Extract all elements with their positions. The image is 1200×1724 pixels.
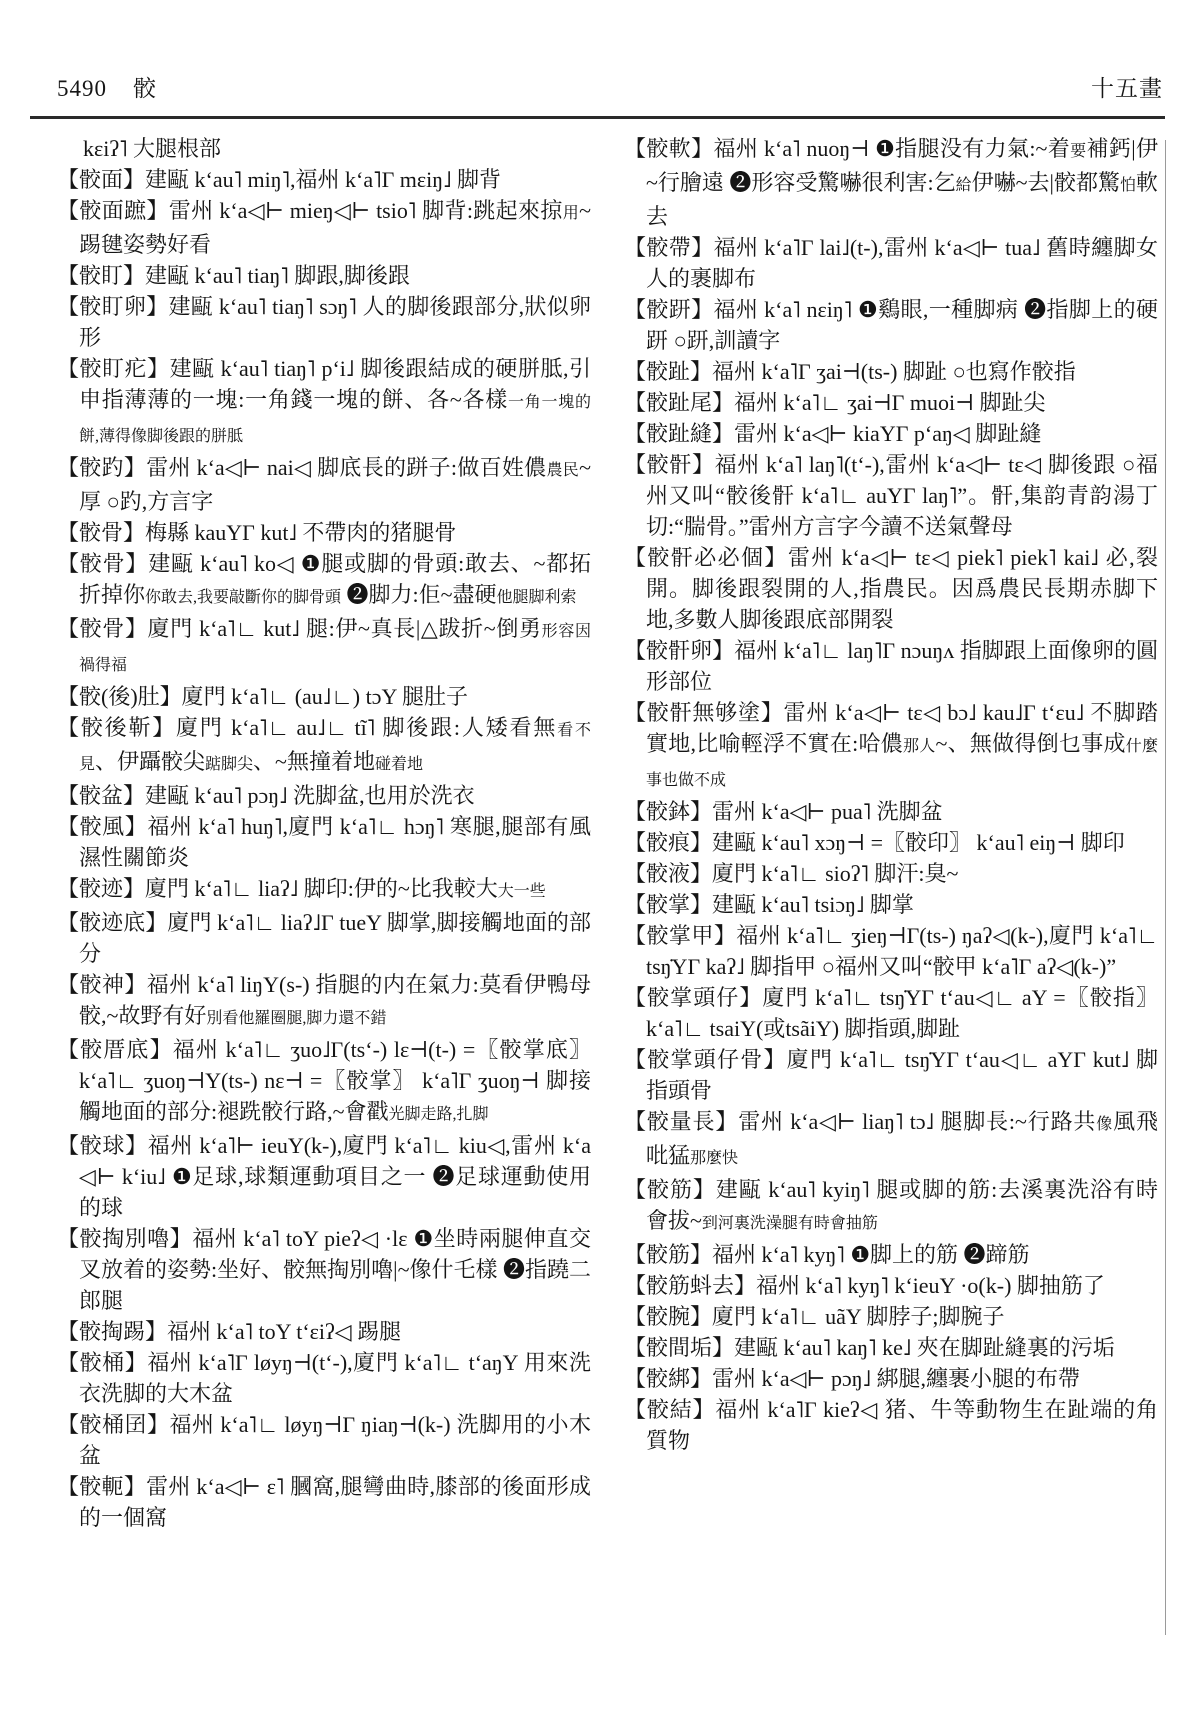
entry-headword: 【骹綁】	[624, 1366, 712, 1391]
entry-body: 梅縣 kauYΓ kut˩ 不帶肉的猪腿骨	[145, 520, 456, 545]
entry-body: 建甌 k‘au˥ tiaŋ˥ 脚跟,脚後跟	[145, 263, 410, 288]
dictionary-entry: 【骹盯】建甌 k‘au˥ tiaŋ˥ 脚跟,脚後跟	[57, 260, 591, 291]
entry-headword: 【骹骭】	[624, 452, 715, 477]
dictionary-entry: 【骹掌頭仔】廈門 k‘a˥∟ tsŋ̇YΓ t‘au◁∟ aY =〖骹指〗 k‘…	[624, 982, 1158, 1044]
dictionary-entry: 【骹神】福州 k‘a˥ liŋY(s-) 指腿的内在氣力:莫看伊鴨母骹,~故野有…	[57, 969, 591, 1034]
entry-body: 福州 k‘a˥Γ lai˩(t-),雷州 k‘a◁⊢ tua˩ 舊時纏脚女人的裹…	[646, 235, 1158, 291]
entry-headword: 【骹痕】	[624, 830, 712, 855]
dictionary-entry: 【骹桶囝】福州 k‘a˥∟ løyŋ⊣Γ ŋiaŋ⊣(k-) 洗脚用的小木盆	[57, 1409, 591, 1471]
dictionary-entry: 【骹鉢】雷州 k‘a◁⊢ pua˥ 洗脚盆	[624, 796, 1158, 827]
entry-gloss-small: 給	[956, 177, 972, 194]
entry-body: 雷州 k‘a◁⊢ mieŋ◁⊢ tsio˥ 脚背:跳起來掠	[169, 198, 563, 223]
entry-headword: 【骹骭必必個】	[624, 545, 788, 570]
dictionary-entry: 【骹軟】福州 k‘a˥ nuoŋ⊣ ❶指腿没有力氣:~着要補鈣|伊~行膾遠 ❷形…	[624, 133, 1158, 232]
entry-headword: 【骹掌甲】	[624, 923, 736, 948]
entry-body: 雷州 k‘a◁⊢ kiaYΓ p‘aŋ◁ 脚趾縫	[734, 421, 1041, 446]
entry-body: 廈門 k‘a˥∟ uãY 脚脖子;脚腕子	[712, 1304, 1005, 1329]
dictionary-entry: 【骹桶】福州 k‘a˥Γ løyŋ⊣(t‘-),廈門 k‘a˥∟ t‘aŋY 用…	[57, 1347, 591, 1409]
entry-body: 雷州 k‘a◁⊢ nai◁ 脚底長的跰子:做百姓儂	[146, 455, 546, 480]
entry-headword: 【骹盯疕】	[57, 356, 170, 381]
entry-body: 福州 k‘a˥ kyŋ˥ k‘ieuY ·o(k-) 脚抽筋了	[756, 1273, 1105, 1298]
entry-headword: 【骹筋】	[624, 1242, 712, 1267]
dictionary-entry: 【骹盯卵】建甌 k‘au˥ tiaŋ˥ sɔŋ˥ 人的脚後跟部分,狀似卵形	[57, 291, 591, 353]
dictionary-entry: 【骹面】建甌 k‘au˥ miŋ˥,福州 k‘a˥Γ mɛiŋ˩ 脚背	[57, 164, 591, 195]
entry-gloss-small: 用	[563, 205, 579, 222]
entry-body: 雷州 k‘a◁⊢ liaŋ˥ tɔ˩ 腿脚長:~行路共	[738, 1109, 1096, 1134]
entry-headword: 【骹(後)肚】	[57, 684, 182, 709]
entry-gloss-small: 農民	[546, 462, 579, 479]
entry-gloss-small: 光脚走路,扎脚	[389, 1106, 489, 1123]
entry-headword: 【骹帶】	[624, 235, 714, 260]
right-column: 【骹軟】福州 k‘a˥ nuoŋ⊣ ❶指腿没有力氣:~着要補鈣|伊~行膾遠 ❷形…	[624, 133, 1158, 1533]
entry-body: 福州 k‘a˥ kyŋ˥ ❶脚上的筋 ❷蹄筋	[712, 1242, 1030, 1267]
entry-headword: 【骹掌】	[624, 892, 712, 917]
entry-headword: 【骹迹底】	[57, 910, 167, 935]
dictionary-entry: kɛiʔ˥ 大腿根部	[57, 133, 591, 164]
entry-headword: 【骹趾】	[624, 359, 712, 384]
dictionary-entry: 【骹趾縫】雷州 k‘a◁⊢ kiaYΓ p‘aŋ◁ 脚趾縫	[624, 418, 1158, 449]
dictionary-entry: 【骹筋蚪去】福州 k‘a˥ kyŋ˥ k‘ieuY ·o(k-) 脚抽筋了	[624, 1270, 1158, 1301]
entry-body: 建甌 k‘au˥ kaŋ˥ ke˩ 夾在脚趾縫裏的污垢	[734, 1335, 1115, 1360]
entry-headword: 【骹盯】	[57, 263, 145, 288]
entry-body: 福州 k‘a˥⊢ ieuY(k-),廈門 k‘a˥∟ kiu◁,雷州 k‘a◁⊢…	[79, 1133, 591, 1220]
entry-body: 雷州 k‘a◁⊢ ɛ˥ 膕窩,腿彎曲時,膝部的後面形成的一個窩	[79, 1474, 591, 1530]
text-columns: kɛiʔ˥ 大腿根部【骹面】建甌 k‘au˥ miŋ˥,福州 k‘a˥Γ mɛi…	[57, 133, 1158, 1533]
entry-headword: 【骹趾尾】	[624, 390, 734, 415]
entry-headword: 【骹結】	[624, 1397, 715, 1422]
entry-headword: 【骹後靳】	[57, 715, 176, 740]
dictionary-entry: 【骹趵】雷州 k‘a◁⊢ nai◁ 脚底長的跰子:做百姓儂農民~厚 ○趵,方言字	[57, 452, 591, 517]
dictionary-entry: 【骹風】福州 k‘a˥ huŋ˥,廈門 k‘a˥∟ hɔŋ˥ 寒腿,腿部有風濕性…	[57, 811, 591, 873]
entry-gloss-small: 他腿脚利索	[497, 589, 577, 606]
entry-body: 雷州 k‘a◁⊢ pua˥ 洗脚盆	[712, 799, 943, 824]
entry-headword: 【骹趵】	[57, 455, 146, 480]
dictionary-entry: 【骹綁】雷州 k‘a◁⊢ pɔŋ˩ 綁腿,纏裹小腿的布帶	[624, 1363, 1158, 1394]
entry-body: 廈門 k‘a˥∟ (au˩∟) tɔY 腿肚子	[182, 684, 468, 709]
entry-gloss-small: 大一些	[498, 883, 546, 900]
entry-body: kɛiʔ˥ 大腿根部	[83, 136, 221, 161]
entry-headword: 【骹掌頭仔】	[624, 985, 762, 1010]
entry-headword: 【骹掏踢】	[57, 1319, 167, 1344]
entry-headword: 【骹迹】	[57, 876, 145, 901]
entry-gloss-small: 怕	[1120, 177, 1136, 194]
dictionary-entry: 【骹面蹠】雷州 k‘a◁⊢ mieŋ◁⊢ tsio˥ 脚背:跳起來掠用~踢毽姿勢…	[57, 195, 591, 260]
dictionary-entry: 【骹掌】建甌 k‘au˥ tsiɔŋ˩ 脚掌	[624, 889, 1158, 920]
entry-headword: 【骹桶】	[57, 1350, 147, 1375]
entry-headword: 【骹面蹠】	[57, 198, 169, 223]
dictionary-entry: 【骹骭無够塗】雷州 k‘a◁⊢ tɛ◁ bɔ˩ kau˩Γ t‘ɛu˩ 不脚踏實…	[624, 697, 1158, 796]
entry-body: 、伊躡骹尖	[95, 749, 205, 774]
entry-headword: 【骹量長】	[624, 1109, 738, 1134]
entry-gloss-small: 那人	[903, 738, 936, 755]
dictionary-entry: 【骹骭必必個】雷州 k‘a◁⊢ tɛ◁ piek˥ piek˥ kai˩ 必,裂…	[624, 542, 1158, 635]
running-head-left: 5490 骹	[57, 70, 157, 103]
entry-gloss-small: 像	[1096, 1116, 1113, 1133]
entry-headword: 【骹鉢】	[624, 799, 712, 824]
entry-body: 福州 k‘a˥ laŋ˥(t‘-),雷州 k‘a◁⊢ tɛ◁ 脚後跟 ○福州又叫…	[646, 452, 1158, 539]
entry-headword: 【骹骨】	[57, 616, 148, 641]
stroke-section: 十五畫	[1091, 70, 1163, 103]
entry-body: 雷州 k‘a◁⊢ pɔŋ˩ 綁腿,纏裹小腿的布帶	[712, 1366, 1080, 1391]
dictionary-entry: 【骹帶】福州 k‘a˥Γ lai˩(t-),雷州 k‘a◁⊢ tua˩ 舊時纏脚…	[624, 232, 1158, 294]
entry-headword: 【骹筋】	[624, 1177, 716, 1202]
dictionary-entry: 【骹骭卵】福州 k‘a˥∟ laŋ˥Γ nɔuŋʌ 指脚跟上面像卵的圓形部位	[624, 635, 1158, 697]
dictionary-entry: 【骹掌甲】福州 k‘a˥∟ ʒieŋ⊣Γ(ts-) ŋaʔ◁(k-),廈門 k‘…	[624, 920, 1158, 982]
entry-gloss-small: 那麼快	[690, 1150, 738, 1167]
entry-headword: 【骹骨】	[57, 520, 145, 545]
entry-body: 福州 k‘a˥Γ kieʔ◁ 猪、牛等動物生在趾端的角質物	[646, 1397, 1158, 1453]
entry-body: 福州 k‘a˥ nɛiŋ˥ ❶鷄眼,一種脚病 ❷指脚上的硬趼 ○趼,訓讀字	[646, 297, 1158, 353]
dictionary-entry: 【骹量長】雷州 k‘a◁⊢ liaŋ˥ tɔ˩ 腿脚長:~行路共像風飛吡猛那麼快	[624, 1106, 1158, 1174]
dictionary-entry: 【骹趾】福州 k‘a˥Γ ʒai⊣(ts-) 脚趾 ○也寫作骹指	[624, 356, 1158, 387]
entry-body: 建甌 k‘au˥ tsiɔŋ˩ 脚掌	[712, 892, 914, 917]
dictionary-entry: 【骹筋】建甌 k‘au˥ kyiŋ˥ 腿或脚的筋:去溪裏洗浴有時會拔~到河裏洗澡…	[624, 1174, 1158, 1239]
entry-gloss-small: 碰着地	[375, 756, 423, 773]
entry-headword: 【骹腕】	[624, 1304, 712, 1329]
dictionary-page: 5490 骹 十五畫 kɛiʔ˥ 大腿根部【骹面】建甌 k‘au˥ miŋ˥,福…	[0, 0, 1200, 1724]
entry-body: 福州 k‘a˥Γ ʒai⊣(ts-) 脚趾 ○也寫作骹指	[712, 359, 1076, 384]
entry-gloss-small: 你敢去,我要敲斷你的脚骨頭	[145, 589, 341, 606]
entry-headword: 【骹盯卵】	[57, 294, 168, 319]
dictionary-entry: 【骹球】福州 k‘a˥⊢ ieuY(k-),廈門 k‘a˥∟ kiu◁,雷州 k…	[57, 1130, 591, 1223]
dictionary-entry: 【骹骨】梅縣 kauYΓ kut˩ 不帶肉的猪腿骨	[57, 517, 591, 548]
entry-body: 福州 k‘a˥Γ løyŋ⊣(t‘-),廈門 k‘a˥∟ t‘aŋY 用來洗衣洗…	[79, 1350, 591, 1406]
entry-headword: 【骹骨】	[57, 551, 148, 576]
dictionary-entry: 【骹痕】建甌 k‘au˥ xɔŋ⊣ =〖骹印〗 k‘au˥ eiŋ⊣ 脚印	[624, 827, 1158, 858]
dictionary-entry: 【骹筋】福州 k‘a˥ kyŋ˥ ❶脚上的筋 ❷蹄筋	[624, 1239, 1158, 1270]
entry-headword: 【骹掏別嚕】	[57, 1226, 192, 1251]
dictionary-entry: 【骹盆】建甌 k‘au˥ pɔŋ˩ 洗脚盆,也用於洗衣	[57, 780, 591, 811]
dictionary-entry: 【骹掌頭仔骨】廈門 k‘a˥∟ tsŋ̇YΓ t‘au◁∟ aYΓ kut˩ 脚…	[624, 1044, 1158, 1106]
entry-body: 福州 k‘a˥ toY t‘ɛiʔ◁ 踢腿	[167, 1319, 401, 1344]
dictionary-entry: 【骹掏踢】福州 k‘a˥ toY t‘ɛiʔ◁ 踢腿	[57, 1316, 591, 1347]
dictionary-entry: 【骹結】福州 k‘a˥Γ kieʔ◁ 猪、牛等動物生在趾端的角質物	[624, 1394, 1158, 1456]
entry-body: 廈門 k‘a˥∟ kut˩ 腿:伊~真長|△跋折~倒勇	[148, 616, 542, 641]
dictionary-entry: 【骹間垢】建甌 k‘au˥ kaŋ˥ ke˩ 夾在脚趾縫裏的污垢	[624, 1332, 1158, 1363]
entry-headword: 【骹液】	[624, 861, 712, 886]
page-edge-rule	[1165, 140, 1166, 1635]
dictionary-entry: 【骹趾尾】福州 k‘a˥∟ ʒai⊣Γ muoi⊣ 脚趾尖	[624, 387, 1158, 418]
header-rule	[30, 116, 1165, 119]
dictionary-entry: 【骹腕】廈門 k‘a˥∟ uãY 脚脖子;脚腕子	[624, 1301, 1158, 1332]
running-head: 5490 骹 十五畫	[57, 70, 1163, 103]
entry-headword: 【骹骭無够塗】	[624, 700, 784, 725]
entry-headword: 【骹神】	[57, 972, 147, 997]
dictionary-entry: 【骹掏別嚕】福州 k‘a˥ toY pieʔ◁ ·lɛ ❶坐時兩腿伸直交叉放着的…	[57, 1223, 591, 1316]
entry-headword: 【骹筋蚪去】	[624, 1273, 756, 1298]
entry-headword: 【骹盆】	[57, 783, 145, 808]
entry-headword: 【骹軟】	[624, 136, 713, 161]
dictionary-entry: 【骹骨】廈門 k‘a˥∟ kut˩ 腿:伊~真長|△跋折~倒勇形容因禍得福	[57, 613, 591, 681]
dictionary-entry: 【骹液】廈門 k‘a˥∟ sioʔ˥ 脚汗:臭~	[624, 858, 1158, 889]
entry-headword: 【骹間垢】	[624, 1335, 734, 1360]
dictionary-entry: 【骹迹】廈門 k‘a˥∟ liaʔ˩ 脚印:伊的~比我較大大一些	[57, 873, 591, 907]
dictionary-entry: 【骹盯疕】建甌 k‘au˥ tiaŋ˥ p‘i˩ 脚後跟結成的硬胼胝,引申指薄薄…	[57, 353, 591, 452]
entry-gloss-small: 踮脚尖	[205, 756, 253, 773]
entry-headword: 【骹風】	[57, 814, 147, 839]
entry-body: 伊嚇~去|骹都驚	[972, 170, 1120, 195]
dictionary-entry: 【骹後靳】廈門 k‘a˥∟ au˩∟ tĩ˥ 脚後跟:人矮看無看不見、伊躡骹尖踮…	[57, 712, 591, 780]
entry-headword: 【骹厝底】	[57, 1037, 173, 1062]
dictionary-entry: 【骹厝底】福州 k‘a˥∟ ʒuo˩Γ(ts‘-) lɛ⊣(t-) =〖骹掌底〗…	[57, 1034, 591, 1130]
entry-body: 建甌 k‘au˥ pɔŋ˩ 洗脚盆,也用於洗衣	[145, 783, 475, 808]
entry-body: 福州 k‘a˥ nuoŋ⊣ ❶指腿没有力氣:~着	[713, 136, 1070, 161]
entry-body: ~、無做得倒乜事成	[935, 731, 1125, 756]
entry-headword: 【骹桶囝】	[57, 1412, 169, 1437]
dictionary-entry: 【骹骨】建甌 k‘au˥ ko◁ ❶腿或脚的骨頭:敢去、~都拓折掉你你敢去,我要…	[57, 548, 591, 613]
dictionary-entry: 【骹趼】福州 k‘a˥ nɛiŋ˥ ❶鷄眼,一種脚病 ❷指脚上的硬趼 ○趼,訓讀…	[624, 294, 1158, 356]
entry-body: 廈門 k‘a˥∟ liaʔ˩ 脚印:伊的~比我較大	[145, 876, 498, 901]
entry-gloss-small: 別看他羅圈腿,脚力還不錯	[206, 1010, 386, 1027]
entry-headword: 【骹軛】	[57, 1474, 146, 1499]
entry-body: 建甌 k‘au˥ xɔŋ⊣ =〖骹印〗 k‘au˥ eiŋ⊣ 脚印	[712, 830, 1125, 855]
entry-headword: 【骹球】	[57, 1133, 148, 1158]
entry-body: 、~無撞着地	[253, 749, 375, 774]
entry-body: 建甌 k‘au˥ miŋ˥,福州 k‘a˥Γ mɛiŋ˩ 脚背	[145, 167, 501, 192]
entry-headword: 【骹面】	[57, 167, 145, 192]
left-column: kɛiʔ˥ 大腿根部【骹面】建甌 k‘au˥ miŋ˥,福州 k‘a˥Γ mɛi…	[57, 133, 591, 1533]
dictionary-entry: 【骹(後)肚】廈門 k‘a˥∟ (au˩∟) tɔY 腿肚子	[57, 681, 591, 712]
entry-body: 廈門 k‘a˥∟ au˩∟ tĩ˥ 脚後跟:人矮看無	[176, 715, 557, 740]
dictionary-entry: 【骹軛】雷州 k‘a◁⊢ ɛ˥ 膕窩,腿彎曲時,膝部的後面形成的一個窩	[57, 1471, 591, 1533]
entry-body: ❷脚力:佢~盡硬	[341, 582, 497, 607]
entry-headword: 【骹骭卵】	[624, 638, 734, 663]
entry-body: 福州 k‘a˥∟ ʒai⊣Γ muoi⊣ 脚趾尖	[734, 390, 1045, 415]
page-number: 5490	[57, 76, 107, 102]
entry-gloss-small: 到河裏洗澡腿有時會抽筋	[702, 1215, 878, 1232]
dictionary-entry: 【骹迹底】廈門 k‘a˥∟ liaʔ˩Γ tueY 脚掌,脚接觸地面的部分	[57, 907, 591, 969]
entry-body: 廈門 k‘a˥∟ sioʔ˥ 脚汗:臭~	[712, 861, 958, 886]
entry-gloss-small: 要	[1070, 143, 1086, 160]
radical-word: 骹	[133, 70, 157, 103]
entry-headword: 【骹趼】	[624, 297, 714, 322]
entry-body: 福州 k‘a˥ huŋ˥,廈門 k‘a˥∟ hɔŋ˥ 寒腿,腿部有風濕性關節炎	[79, 814, 591, 870]
dictionary-entry: 【骹骭】福州 k‘a˥ laŋ˥(t‘-),雷州 k‘a◁⊢ tɛ◁ 脚後跟 ○…	[624, 449, 1158, 542]
entry-headword: 【骹趾縫】	[624, 421, 734, 446]
entry-headword: 【骹掌頭仔骨】	[624, 1047, 787, 1072]
